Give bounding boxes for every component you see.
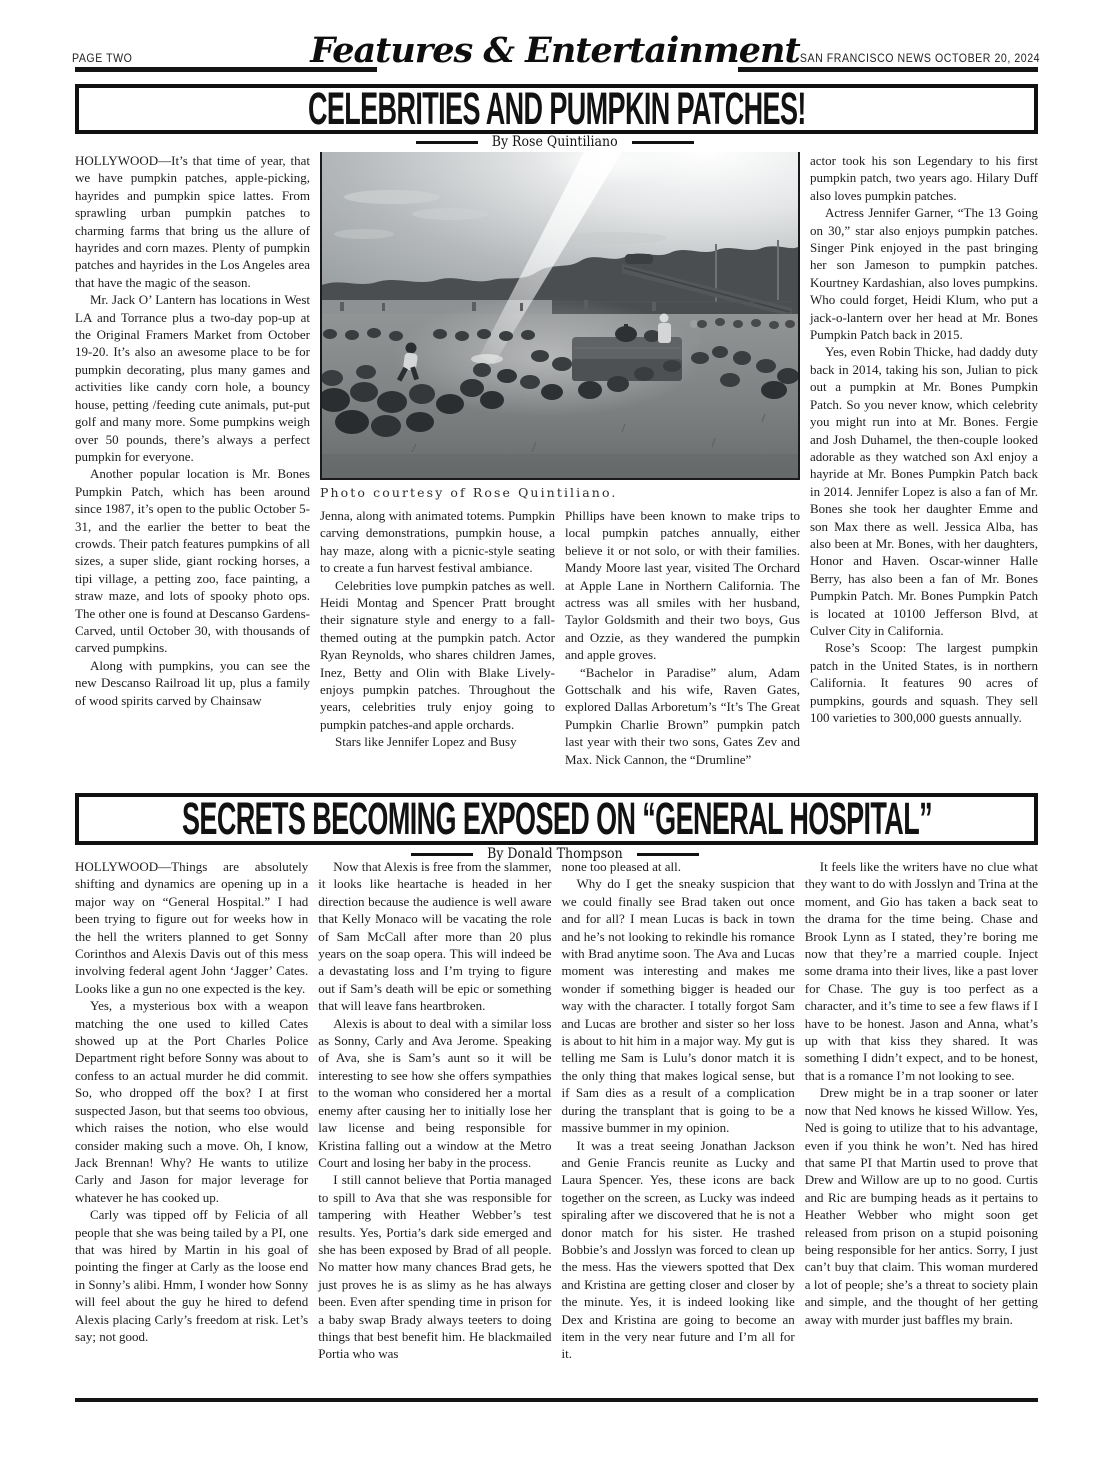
article2-title: SECRETS BECOMING EXPOSED ON “GENERAL HOS… — [182, 793, 932, 845]
pumpkin-patch-photo-art — [322, 152, 798, 478]
article1-byline: By Rose Quintiliano — [492, 134, 618, 150]
paragraph: Yes, even Robin Thicke, had daddy duty b… — [810, 343, 1038, 639]
paragraph: Carly was tipped off by Felicia of all p… — [75, 1206, 308, 1345]
header-rule-right — [738, 67, 1038, 72]
paragraph: Jenna, along with animated totems. Pumpk… — [320, 507, 555, 577]
bottom-rule — [75, 1398, 1038, 1402]
paragraph: HOLLYWOOD—It’s that time of year, that w… — [75, 152, 310, 291]
paragraph: Celebrities love pumpkin patches as well… — [320, 577, 555, 734]
paragraph: none too pleased at all. — [562, 858, 795, 875]
byline-rule — [637, 853, 699, 856]
paragraph: Stars like Jennifer Lopez and Busy — [320, 733, 555, 750]
paragraph: It feels like the writers have no clue w… — [805, 858, 1038, 1084]
article1-headline-box: CELEBRITIES AND PUMPKIN PATCHES! — [75, 84, 1038, 134]
paragraph: Yes, a mysterious box with a weapon matc… — [75, 997, 308, 1206]
issue-info: SAN FRANCISCO NEWS OCTOBER 20, 2024 — [800, 53, 1040, 65]
paragraph: Drew might be in a trap sooner or later … — [805, 1084, 1038, 1328]
byline-rule — [411, 853, 473, 856]
article1-column-1: HOLLYWOOD—It’s that time of year, that w… — [75, 152, 310, 709]
article2-body: HOLLYWOOD—Things are absolutely shifting… — [75, 858, 1038, 1396]
article1-title: CELEBRITIES AND PUMPKIN PATCHES! — [308, 83, 806, 135]
article1-column-2: Jenna, along with animated totems. Pumpk… — [320, 507, 555, 768]
photo-caption: Photo courtesy of Rose Quintiliano. — [320, 485, 800, 500]
paragraph: actor took his son Legendary to his firs… — [810, 152, 1038, 204]
paragraph: Along with pumpkins, you can see the new… — [75, 657, 310, 709]
paragraph: Actress Jennifer Garner, “The 13 Going o… — [810, 204, 1038, 343]
article1-body: HOLLYWOOD—It’s that time of year, that w… — [75, 152, 1038, 790]
article2-headline-box: SECRETS BECOMING EXPOSED ON “GENERAL HOS… — [75, 793, 1038, 845]
paragraph: “Bachelor in Paradise” alum, Adam Gottsc… — [565, 664, 800, 768]
pumpkin-patch-photo — [320, 152, 800, 480]
paragraph: Another popular location is Mr. Bones Pu… — [75, 465, 310, 656]
article2-column-2: Now that Alexis is free from the slammer… — [318, 858, 551, 1396]
article1-column-4: actor took his son Legendary to his firs… — [810, 152, 1038, 726]
header-rule-left — [75, 67, 377, 72]
article1-middle: Photo courtesy of Rose Quintiliano. Jenn… — [320, 152, 800, 768]
newspaper-page: PAGE TWO Features & Entertainment SAN FR… — [0, 0, 1110, 1470]
byline-rule — [632, 141, 694, 144]
paragraph: Mr. Jack O’ Lantern has locations in Wes… — [75, 291, 310, 465]
byline-rule — [416, 141, 478, 144]
paragraph: HOLLYWOOD—Things are absolutely shifting… — [75, 858, 308, 997]
paragraph: Why do I get the sneaky suspicion that w… — [562, 875, 795, 1136]
article1-byline-row: By Rose Quintiliano — [0, 133, 1110, 151]
article2-column-1: HOLLYWOOD—Things are absolutely shifting… — [75, 858, 308, 1396]
article2-column-3: none too pleased at all.Why do I get the… — [562, 858, 795, 1396]
paragraph: Rose’s Scoop: The largest pumpkin patch … — [810, 639, 1038, 726]
paragraph: Now that Alexis is free from the slammer… — [318, 858, 551, 1015]
paragraph: Phillips have been known to make trips t… — [565, 507, 800, 664]
paragraph: I still cannot believe that Portia manag… — [318, 1171, 551, 1362]
article1-column-3: Phillips have been known to make trips t… — [565, 507, 800, 768]
paragraph: Alexis is about to deal with a similar l… — [318, 1015, 551, 1172]
article2-column-4: It feels like the writers have no clue w… — [805, 858, 1038, 1396]
paragraph: It was a treat seeing Jonathan Jackson a… — [562, 1137, 795, 1363]
